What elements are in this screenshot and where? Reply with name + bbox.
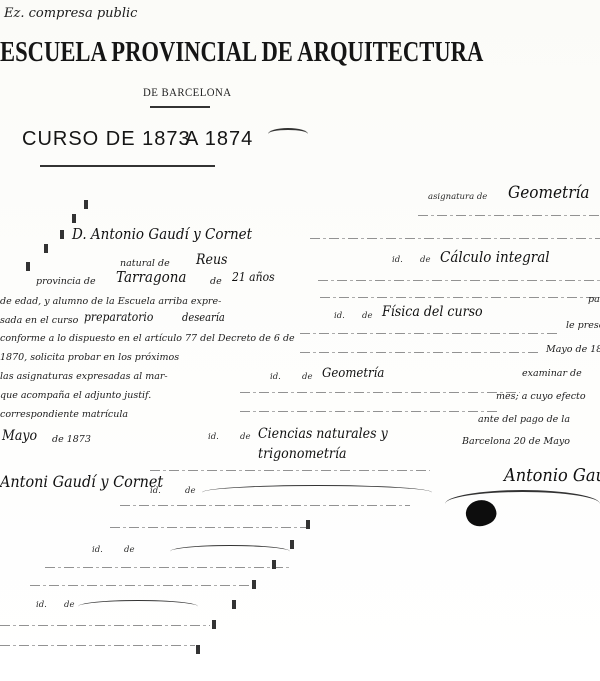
natural-value: Reus <box>196 252 228 268</box>
body-line: conforme a lo dispuesto en el artículo 7… <box>0 333 295 344</box>
course-extra: desearía <box>182 311 225 324</box>
course-label: CURSO DE 1873 <box>22 128 191 151</box>
date-line: de 1873 <box>52 434 91 445</box>
body-line: sada en el curso <box>0 315 78 326</box>
age-label: de <box>210 276 222 287</box>
course-connector: A 1874 <box>185 128 253 151</box>
body-line: las asignaturas expresadas al mar- <box>0 371 168 382</box>
body-line: correspondiente matrícula <box>0 409 128 420</box>
body-line: que acompaña el adjunto justif. <box>0 390 151 401</box>
institution-city: DE BARCELONA <box>143 85 232 100</box>
date-value: Mayo <box>2 428 37 444</box>
institution-title: ESCUELA PROVINCIAL DE ARQUITECTURA <box>0 36 483 69</box>
left-page: Ez. compresa public ESCUELA PROVINCIAL D… <box>0 0 600 681</box>
applicant-line: D. Antonio Gaudí y Cornet <box>72 225 252 243</box>
body-line: de edad, y alumno de la Escuela arriba e… <box>0 296 221 307</box>
header-flourish <box>150 106 210 108</box>
body-line: 1870, solicita probar en los próximos <box>0 352 179 363</box>
top-note: Ez. compresa public <box>4 6 137 21</box>
left-signature: Antoni Gaudí y Cornet <box>0 472 163 491</box>
course-value: preparatorio <box>84 310 153 324</box>
age-value: 21 años <box>232 270 275 284</box>
province-value: Tarragona <box>116 268 186 286</box>
course-flourish <box>40 165 215 167</box>
province-label: provincia de <box>36 276 96 287</box>
